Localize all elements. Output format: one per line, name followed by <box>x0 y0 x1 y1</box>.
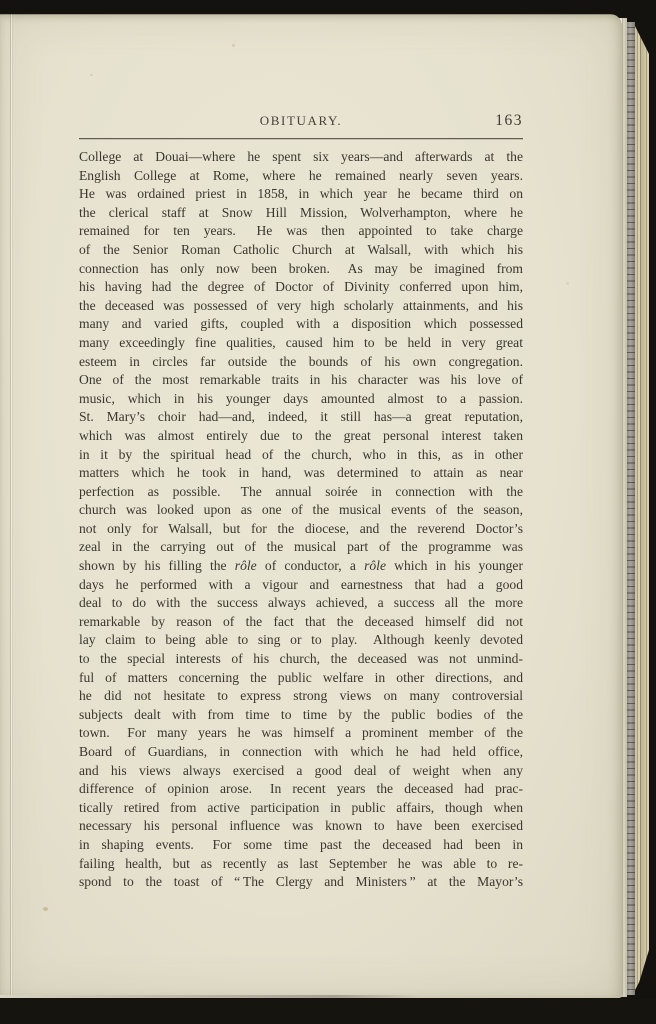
text-line: music, which in his younger days amounte… <box>79 390 523 409</box>
page-gutter-crease <box>10 14 13 998</box>
page-number: 163 <box>495 112 523 130</box>
book-page: OBITUARY. 163 College at Douai—where he … <box>0 14 622 998</box>
text-line: difference of opinion arose. In recent y… <box>79 780 523 799</box>
text-line: which was almost entirely due to the gre… <box>79 427 523 446</box>
text-line: necessary his personal influence was kno… <box>79 817 523 836</box>
text-line: remarkable by reason of the fact that th… <box>79 613 523 632</box>
text-line: many and varied gifts, coupled with a di… <box>79 315 523 334</box>
text-line: his having had the degree of Doctor of D… <box>79 278 523 297</box>
text-line: many exceedingly fine qualities, caused … <box>79 334 523 353</box>
text-line: deal to do with the success always achie… <box>79 594 523 613</box>
text-line: lay claim to being able to sing or to pl… <box>79 631 523 650</box>
text-line: and his views always exercised a good de… <box>79 762 523 781</box>
text-line: College at Douai—where he spent six year… <box>79 148 523 167</box>
paper-speck <box>43 907 48 911</box>
paper-speck <box>566 282 569 285</box>
underlying-page-edge <box>0 995 420 998</box>
text-line: town. For many years he was himself a pr… <box>79 724 523 743</box>
text-line: in it by the spiritual head of the churc… <box>79 446 523 465</box>
text-line: English College at Rome, where he remain… <box>79 167 523 186</box>
text-line: he did not hesitate to express strong vi… <box>79 687 523 706</box>
text-line: Board of Guardians, in connection with w… <box>79 743 523 762</box>
text-line: not only for Walsall, but for the dioces… <box>79 520 523 539</box>
text-line: ful of matters concerning the public wel… <box>79 669 523 688</box>
running-title: OBITUARY. <box>260 113 342 129</box>
text-line: esteem in circles far outside the bounds… <box>79 353 523 372</box>
scan-background-bottom <box>0 999 656 1024</box>
scan-background-top <box>0 0 656 14</box>
text-line: shown by his filling the rôle of conduct… <box>79 557 523 576</box>
text-line: church was looked upon as one of the mus… <box>79 501 523 520</box>
paper-speck <box>232 44 235 47</box>
text-line: connection has only now been broken. As … <box>79 260 523 279</box>
text-line: tically retired from active participatio… <box>79 799 523 818</box>
book-fore-edge-strip <box>627 22 635 995</box>
text-line: matters which he took in hand, was deter… <box>79 464 523 483</box>
text-line: perfection as possible. The annual soiré… <box>79 483 523 502</box>
scanned-book-photo: OBITUARY. 163 College at Douai—where he … <box>0 0 656 1024</box>
header-rule <box>79 138 523 139</box>
text-line: subjects dealt with from time to time by… <box>79 706 523 725</box>
text-line: of the Senior Roman Catholic Church at W… <box>79 241 523 260</box>
text-line: the deceased was possessed of very high … <box>79 297 523 316</box>
page-header: OBITUARY. 163 <box>79 108 523 132</box>
obituary-text: College at Douai—where he spent six year… <box>79 148 523 892</box>
text-line: zeal in the carrying out of the musical … <box>79 538 523 557</box>
paper-speck <box>90 74 93 76</box>
text-line: remained for ten years. He was then appo… <box>79 222 523 241</box>
text-line: the clerical staff at Snow Hill Mission,… <box>79 204 523 223</box>
text-line: spond to the toast of “ The Clergy and M… <box>79 873 523 892</box>
text-line: days he performed with a vigour and earn… <box>79 576 523 595</box>
text-line: One of the most remarkable traits in his… <box>79 371 523 390</box>
text-line: failing health, but as recently as last … <box>79 855 523 874</box>
text-line: to the special interests of his church, … <box>79 650 523 669</box>
text-line: He was ordained priest in 1858, in which… <box>79 185 523 204</box>
book-fore-edge-pages <box>635 26 649 990</box>
text-line: St. Mary’s choir had—and, indeed, it sti… <box>79 408 523 427</box>
text-line: in shaping events. For some time past th… <box>79 836 523 855</box>
